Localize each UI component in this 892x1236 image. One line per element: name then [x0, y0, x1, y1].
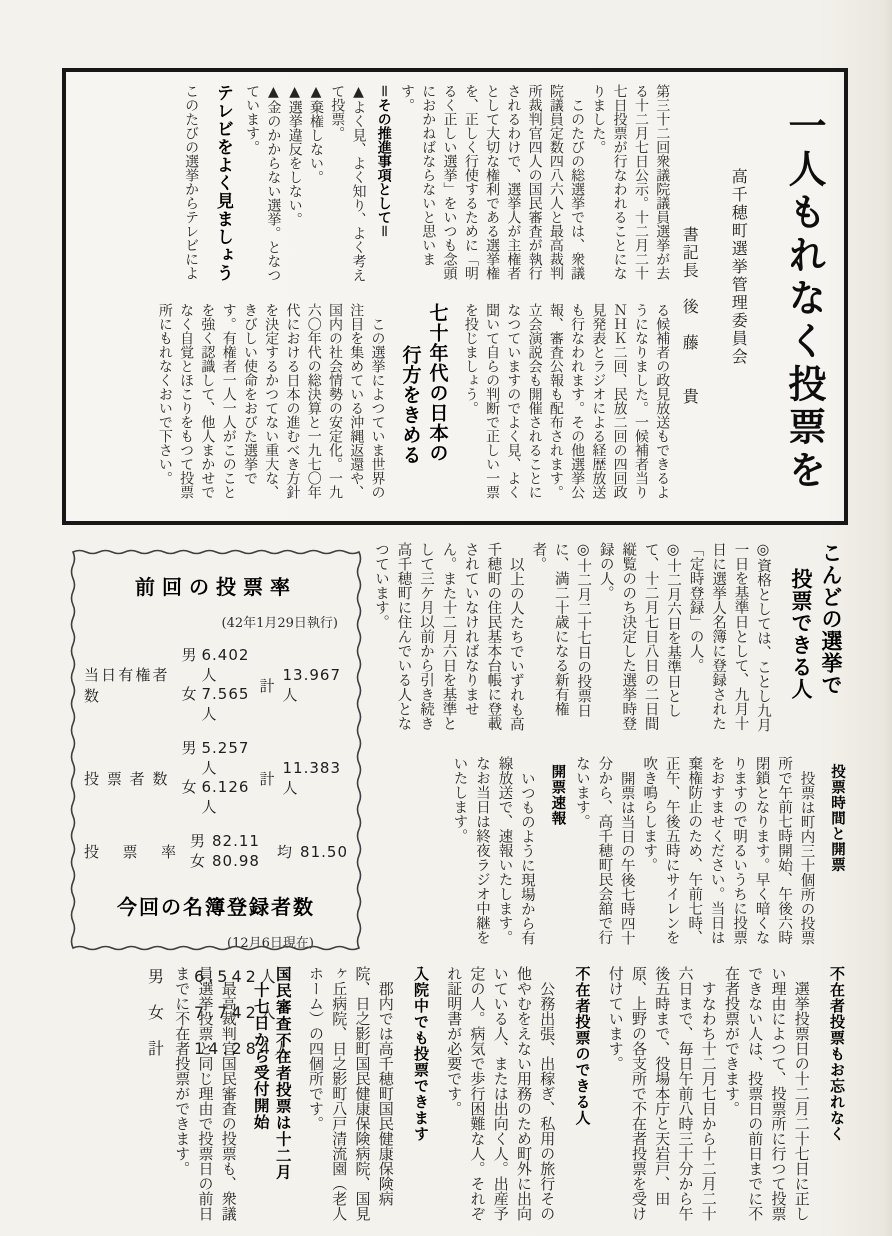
lead-article-body: 第三十二回衆議院議員選挙が去る十二月七日公示。十二月二十七日投票が行なわれること…	[82, 84, 672, 509]
male-value: 5.257人	[201, 739, 259, 778]
heading-line: 国民審査不在者投票は十二月	[272, 966, 294, 1230]
paragraph: 選挙投票日の十二月二十七日に正しい理由によつて、投票所に行つて投票できない人は、…	[720, 966, 813, 1230]
stats-row-voters: 投票者数 男5.257人 女6.126人 計11.383人	[84, 739, 348, 817]
stats-gender-values: 男6.402人 女7.565人	[182, 646, 260, 724]
newsletter-page: 一人もれなく投票を 高千穂町選挙管理委員会 書記長 後 藤 貴 第三十二回衆議院…	[0, 0, 892, 1236]
male-label: 男	[190, 832, 212, 852]
lead-article-layout: 一人もれなく投票を 高千穂町選挙管理委員会 書記長 後 藤 貴 第三十二回衆議院…	[66, 72, 844, 521]
stats-gender-values: 男82.11 女80.98	[190, 832, 260, 871]
heading-line: 十七日から受付開始	[250, 966, 272, 1230]
paragraph: 郡内では高千穂町国民健康保険病院、日之影町国民健康保険病院、国見ヶ丘病院、日之影…	[304, 966, 397, 1230]
heading-voting-hours: 投票時間と開票	[826, 756, 848, 958]
paragraph: 投票は町内三十個所の投票所で午前七時開始、午後六時閉鎖となります。早く暗くなりま…	[638, 756, 818, 958]
female-value: 80.98	[212, 852, 260, 872]
male-value: 6.402人	[201, 646, 259, 685]
total-value: 11.383人	[283, 759, 348, 798]
heading-absentee-reminder: 不在者投票もお忘れなく	[825, 966, 848, 1230]
stats-total: 計13.967人	[260, 666, 349, 705]
main-headline: 一人もれなく投票を	[782, 106, 824, 509]
stats-date-previous: (42年1月29日執行)	[84, 612, 338, 631]
average-value: 81.50	[300, 843, 348, 861]
bullet-item: ▲よく見、よく知り、よく考えて投票。	[326, 84, 369, 291]
female-label: 女	[182, 685, 202, 724]
female-label: 女	[182, 778, 202, 817]
eligibility-item: ◎資格としては、ことし九月一日を基準日として、九月十日に選挙人名簿に登録された「…	[684, 542, 774, 744]
bullet-item: ▲選挙違反をしない。	[283, 84, 304, 291]
stats-title-previous-turnout: 前回の投票率	[84, 571, 348, 600]
paragraph: すなわち十二月七日から十二月二十六日まで、毎日午前八時三十分から午後五時まで、役…	[604, 966, 720, 1230]
paragraph: 公務出張、出稼ぎ、私用の旅行その他やむをえない用務のため町外に出向いている人、ま…	[442, 966, 558, 1230]
female-value: 7.565人	[201, 685, 259, 724]
total-value: 13.967人	[283, 666, 348, 705]
total-label: 計	[260, 675, 275, 696]
female-label: 女	[190, 852, 212, 872]
male-label: 男	[182, 739, 202, 778]
eligibility-item: ◎十二月六日を基準日として、十二月七日八日の二日間縦覧ののち決定した選挙時登録の…	[594, 542, 684, 744]
stats-date-current: (12月6日現在)	[84, 932, 314, 951]
eligibility-item: ◎十二月二十七日の投票日に、満二十歳になる新有権者。	[527, 542, 594, 744]
subheading-promotion-items: ＝その推進事項として＝	[372, 84, 393, 291]
absentee-voting-section: 不在者投票もお忘れなく 選挙投票日の十二月二十七日に正しい理由によつて、投票所に…	[62, 966, 850, 1230]
heading-who-can-vote: こんどの選挙で 投票できる人	[786, 542, 846, 744]
stats-row-turnout-rate: 投票率 男82.11 女80.98 均81.50	[84, 832, 348, 871]
lead-article-tier-2: る候補者の政見放送もできるようになりました。一候補者当りＮＨＫ二回、民放二回の四…	[82, 303, 672, 510]
heading-line: こんどの選挙で	[816, 542, 846, 744]
committee-byline: 高千穂町選挙管理委員会	[727, 168, 750, 509]
lead-article-tier-1: 第三十二回衆議院議員選挙が去る十二月七日公示。十二月二十七日投票が行なわれること…	[82, 84, 672, 291]
paragraph: る候補者の政見放送もできるようになりました。一候補者当りＮＨＫ二回、民放二回の四…	[460, 303, 673, 510]
total-label: 計	[260, 768, 275, 789]
paragraph: 第三十二回衆議院議員選挙が去る十二月七日公示。十二月二十七日投票が行なわれること…	[587, 84, 672, 291]
male-value: 82.11	[212, 832, 260, 852]
heading-who-can-absentee-vote: 不在者投票のできる人	[570, 966, 593, 1230]
male-label: 男	[182, 646, 202, 685]
paragraph: 以上の人たちでいずれも高千穂町の住民基本台帳に登載されていなければなりません。ま…	[374, 542, 527, 744]
stats-title-current-roll: 今回の名簿登録者数	[84, 891, 348, 920]
subheading-line: 七十年代の日本の	[425, 303, 452, 510]
heading-count-bulletin: 開票速報	[546, 756, 568, 958]
subheading-watch-tv: テレビをよく見ましょう	[209, 84, 235, 291]
bullet-item: ▲棄権しない。	[305, 84, 326, 291]
middle-band: 前回の投票率 (42年1月29日執行) 当日有権者数 男6.402人 女7.56…	[62, 542, 850, 958]
turnout-stats-box: 前回の投票率 (42年1月29日執行) 当日有権者数 男6.402人 女7.56…	[68, 545, 364, 955]
subheading-70s-direction: 七十年代の日本の 行方をきめる	[398, 303, 452, 510]
stats-total: 計11.383人	[260, 759, 349, 798]
stats-row-label: 当日有権者数	[84, 664, 168, 706]
paragraph: 最高裁判官国民審査の投票も、衆議員選挙投票と同じ理由で投票日の前日までに不在者投…	[170, 966, 240, 1230]
paragraph: 開票は当日の午後七時四十分から、高千穂町民会舘で行ないます。	[570, 756, 637, 958]
lead-article-box: 一人もれなく投票を 高千穂町選挙管理委員会 書記長 後 藤 貴 第三十二回衆議院…	[62, 68, 848, 525]
heading-national-review-absentee: 国民審査不在者投票は十二月 十七日から受付開始	[250, 966, 294, 1230]
paragraph: いつものように現場から有線放送で、速報いたします。なお当日は終夜ラジオ中継をいた…	[448, 756, 538, 958]
heading-vote-while-hospitalized: 入院中でも投票できます	[409, 966, 432, 1230]
female-value: 6.126人	[201, 778, 259, 817]
eligible-voters-article: こんどの選挙で 投票できる人 ◎資格としては、ことし九月一日を基準日として、九月…	[374, 542, 850, 744]
subheading-line: 行方をきめる	[398, 303, 425, 510]
stats-average: 均81.50	[277, 841, 348, 862]
paragraph: このたびの選挙からテレビによ	[180, 84, 201, 291]
stats-gender-values: 男5.257人 女6.126人	[182, 739, 260, 817]
middle-articles: こんどの選挙で 投票できる人 ◎資格としては、ことし九月一日を基準日として、九月…	[374, 542, 850, 958]
secretary-byline: 書記長 後 藤 貴	[678, 226, 701, 509]
paragraph: このたびの総選挙では、衆議院議員定数四八六人と最高裁判所裁判官四人の国民審査が執…	[396, 84, 587, 291]
stats-row-electorate: 当日有権者数 男6.402人 女7.565人 計13.967人	[84, 646, 348, 724]
paragraph: この選挙によつていま世界の注目を集めている沖縄返還や、国内の社会情勢の安定化。一…	[154, 303, 388, 510]
stats-row-label: 投票者数	[84, 768, 168, 789]
average-label: 均	[277, 841, 292, 862]
heading-line: 投票できる人	[786, 542, 816, 744]
stats-row-label: 投票率	[84, 841, 176, 862]
bullet-item: ▲金のかからない選挙。となつています。	[241, 84, 284, 291]
voting-hours-article: 投票時間と開票 投票は町内三十個所の投票所で午前七時開始、午後六時閉鎖となります…	[374, 756, 850, 958]
